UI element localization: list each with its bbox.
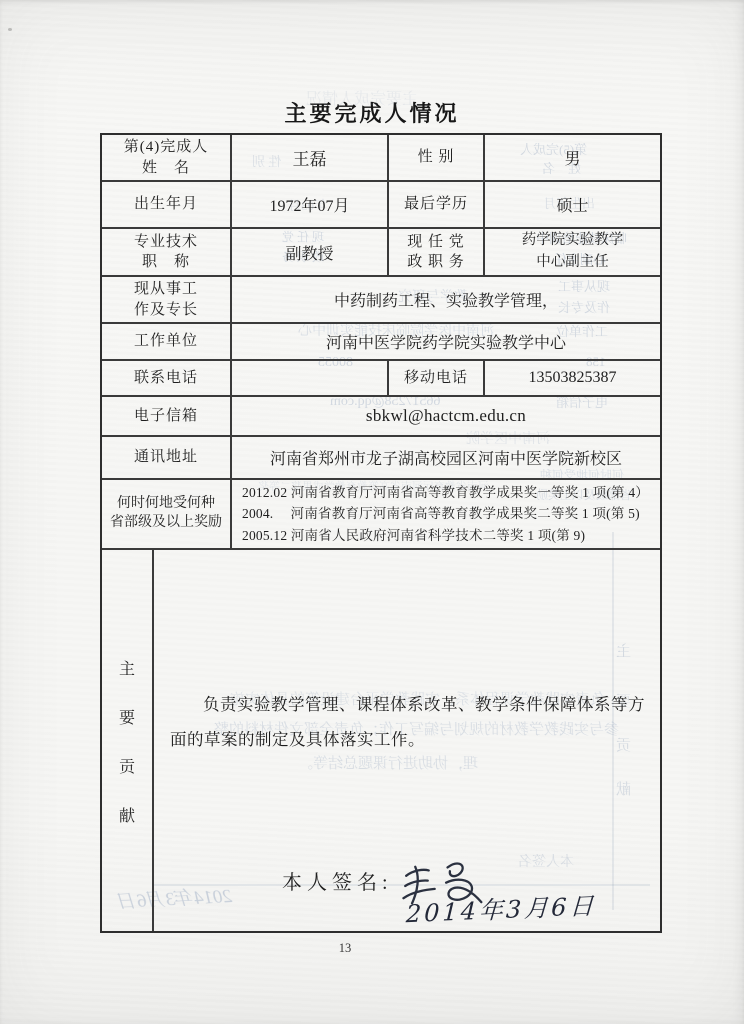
field-label-email: 电子信箱 (102, 397, 230, 435)
field-label-professional-title: 专业技术 职 称 (102, 229, 230, 275)
field-value-email: sbkwl@hactcm.edu.cn (230, 397, 660, 435)
field-label-work-unit: 工作单位 (102, 324, 230, 359)
field-value-gender: 男 (483, 135, 660, 180)
field-label-education: 最后学历 (387, 182, 483, 227)
page-number: 13 (330, 941, 360, 956)
row-main-contribution: 主 要 贡 献 负责实验教学管理、课程体系改革、教学条件保障体系等方面的草案的制… (102, 548, 660, 931)
field-label-completer-name: 第(4)完成人 姓 名 (102, 135, 230, 180)
row-title-duty: 专业技术 职 称 副教授 现 任 党 政 职 务 药学院实验教学 中心副主任 (102, 227, 660, 275)
row-address: 通讯地址 河南省郑州市龙子湖高校园区河南中医学院新校区 (102, 435, 660, 478)
row-email: 电子信箱 sbkwl@hactcm.edu.cn (102, 395, 660, 435)
field-label-gender: 性 别 (387, 135, 483, 180)
signature-label: 本人签名: (282, 866, 393, 895)
award-line: 2005.12 河南省人民政府河南省科学技术二等奖 1 项(第 9) (242, 525, 585, 546)
field-value-contact-phone (230, 361, 387, 395)
field-label-awards: 何时何地受何种 省部级及以上奖励 (102, 480, 230, 548)
field-value-party-duty: 药学院实验教学 中心副主任 (483, 229, 660, 275)
field-value-work-unit: 河南中医学院药学院实验教学中心 (230, 324, 660, 359)
scanned-document-page: 主要完成人情况第(5)完成人姓 名性 别出生年月年03月现 任 党政 职 务临床… (0, 0, 744, 1024)
field-value-main-contribution: 负责实验教学管理、课程体系改革、教学条件保障体系等方面的草案的制定及具体落实工作… (152, 550, 660, 931)
field-value-address: 河南省郑州市龙子湖高校园区河南中医学院新校区 (230, 437, 660, 478)
row-work-unit: 工作单位 河南中医学院药学院实验教学中心 (102, 322, 660, 359)
field-label-main-contribution: 主 要 贡 献 (102, 550, 152, 931)
field-label-birth: 出生年月 (102, 182, 230, 227)
field-label-mobile-phone: 移动电话 (387, 361, 483, 395)
contribution-paragraph: 负责实验教学管理、课程体系改革、教学条件保障体系等方面的草案的制定及具体落实工作… (170, 688, 648, 758)
field-value-current-work: 中药制药工程、实验教学管理， (230, 277, 660, 322)
field-value-awards: 2012.02 河南省教育厅河南省高等教育教学成果奖一等奖 1 项(第 4） 2… (230, 480, 660, 548)
row-phone: 联系电话 移动电话 13503825387 (102, 359, 660, 395)
award-line: 2012.02 河南省教育厅河南省高等教育教学成果奖一等奖 1 项(第 4） (242, 482, 649, 503)
field-label-contact-phone: 联系电话 (102, 361, 230, 395)
row-birth-education: 出生年月 1972年07月 最后学历 硕士 (102, 180, 660, 227)
field-value-mobile-phone: 13503825387 (483, 361, 660, 395)
handwritten-date: 2014年3月6日 (405, 886, 597, 929)
field-label-address: 通讯地址 (102, 437, 230, 478)
page-title: 主要完成人情况 (0, 97, 744, 128)
field-label-party-duty: 现 任 党 政 职 务 (387, 229, 483, 275)
row-awards: 何时何地受何种 省部级及以上奖励 2012.02 河南省教育厅河南省高等教育教学… (102, 478, 660, 548)
field-value-birth: 1972年07月 (230, 182, 387, 227)
completer-info-table: 第(4)完成人 姓 名 王磊 性 别 男 出生年月 1972年07月 最后学历 (100, 133, 662, 933)
row-name-gender: 第(4)完成人 姓 名 王磊 性 别 男 (102, 135, 660, 180)
award-line: 2004. 河南省教育厅河南省高等教育教学成果奖二等奖 1 项(第 5) (242, 503, 640, 524)
field-label-current-work: 现从事工 作及专长 (102, 277, 230, 322)
field-value-professional-title: 副教授 (230, 229, 387, 275)
field-value-education: 硕士 (483, 182, 660, 227)
scan-artifact-speck (8, 28, 12, 31)
field-value-name: 王磊 (230, 135, 387, 180)
row-current-work: 现从事工 作及专长 中药制药工程、实验教学管理， (102, 275, 660, 322)
